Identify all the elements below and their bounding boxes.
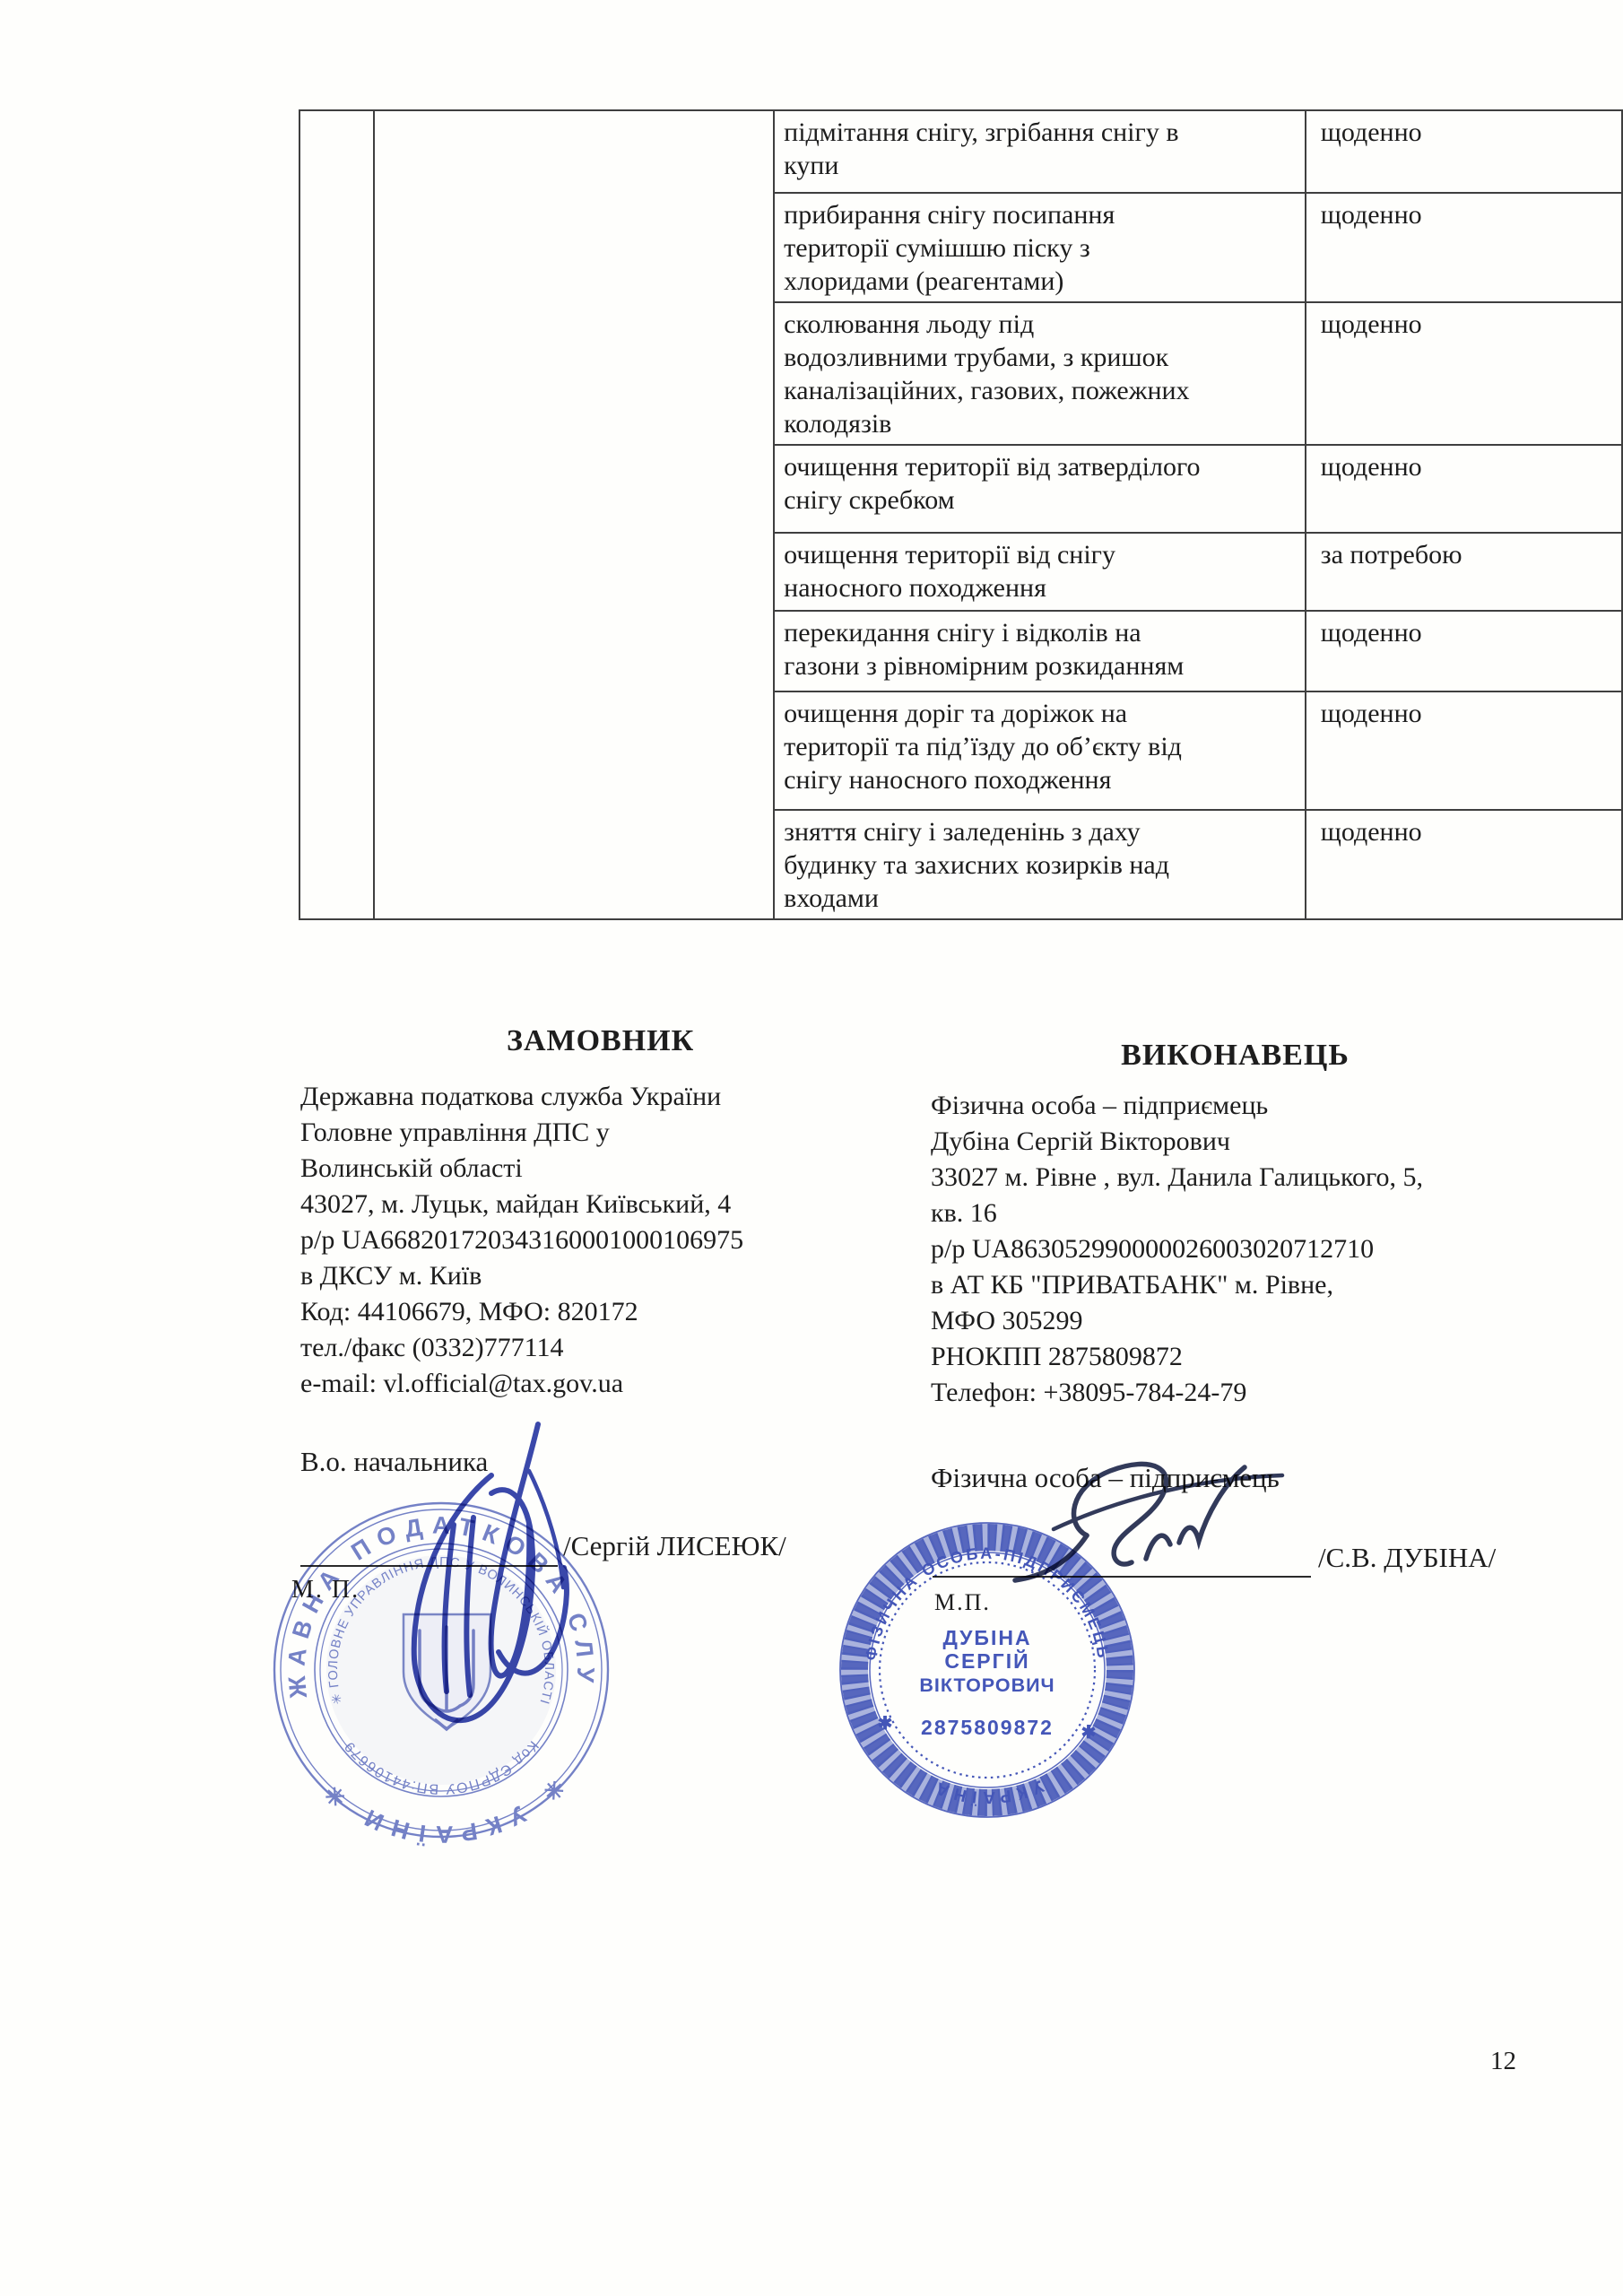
task-cell: прибирання снігу посипання території сум… (774, 193, 1306, 302)
requisite-line: Головне управління ДПС у (300, 1115, 838, 1151)
customer-heading: ЗАМОВНИК (507, 1024, 690, 1058)
task-cell: очищення території від затверділого сніг… (774, 445, 1306, 533)
work-table-body: підмітання снігу, згрібання снігу в купи… (299, 110, 1622, 919)
requisite-line: в АТ КБ "ПРИВАТБАНК" м. Рівне, (931, 1267, 1558, 1303)
stamp-star-left-icon: ✱ (878, 1714, 893, 1734)
stamp-star-right-icon: ✱ (1081, 1723, 1097, 1743)
contractor-signature-scribble-icon (1004, 1460, 1300, 1639)
contractor-heading: ВИКОНАВЕЦЬ (1116, 1039, 1354, 1073)
table-row: підмітання снігу, згрібання снігу в купи… (299, 110, 1622, 193)
frequency-cell: щоденно (1306, 110, 1622, 193)
requisite-line: Дубіна Сергій Вікторович (931, 1124, 1558, 1160)
customer-signature-scribble-icon (368, 1417, 601, 1758)
requisite-line: 43027, м. Луцьк, майдан Київський, 4 (300, 1187, 838, 1222)
maintenance-work-table: підмітання снігу, згрібання снігу в купи… (299, 109, 1623, 920)
stamp-name-line: ВІКТОРОВИЧ (919, 1674, 1055, 1696)
requisite-line: Волинській області (300, 1151, 838, 1187)
frequency-cell: щоденно (1306, 445, 1622, 533)
requisite-line: e-mail: vl.official@tax.gov.ua (300, 1366, 838, 1402)
contractor-requisites: Фізична особа – підприємецьДубіна Сергій… (931, 1088, 1558, 1411)
task-cell: зняття снігу і заледенінь з даху будинку… (774, 810, 1306, 919)
requisite-line: Державна податкова служба України (300, 1079, 838, 1115)
requisite-line: в ДКСУ м. Київ (300, 1258, 838, 1294)
stamp-tax-number: 2875809872 (921, 1716, 1054, 1739)
stamp-name-line: СЕРГІЙ (944, 1648, 1029, 1673)
empty-continuation-cell (374, 110, 774, 919)
frequency-cell: щоденно (1306, 611, 1622, 691)
task-cell: очищення території від снігу наносного п… (774, 533, 1306, 611)
requisite-line: 33027 м. Рівне , вул. Данила Галицького,… (931, 1160, 1558, 1196)
frequency-cell: щоденно (1306, 810, 1622, 919)
requisite-line: РНОКПП 2875809872 (931, 1339, 1558, 1375)
contractor-signatory-name: /С.В. ДУБІНА/ (1318, 1542, 1496, 1574)
frequency-cell: щоденно (1306, 691, 1622, 810)
requisite-line: Код: 44106679, МФО: 820172 (300, 1294, 838, 1330)
task-cell: сколювання льоду під водозливними трубам… (774, 302, 1306, 445)
frequency-cell: щоденно (1306, 302, 1622, 445)
requisite-line: МФО 305299 (931, 1303, 1558, 1339)
requisite-line: Фізична особа – підприємець (931, 1088, 1558, 1124)
requisite-line: р/р UA863052990000026003020712710 (931, 1231, 1558, 1267)
requisite-line: Телефон: +38095-784-24-79 (931, 1375, 1558, 1411)
frequency-cell: щоденно (1306, 193, 1622, 302)
task-cell: перекидання снігу і відколів на газони з… (774, 611, 1306, 691)
empty-continuation-cell (299, 110, 374, 919)
requisite-line: р/р UA668201720343160001000106975 (300, 1222, 838, 1258)
requisite-line: кв. 16 (931, 1196, 1558, 1231)
task-cell: підмітання снігу, згрібання снігу в купи (774, 110, 1306, 193)
frequency-cell: за потребою (1306, 533, 1622, 611)
customer-requisites: Державна податкова служба УкраїниГоловне… (300, 1079, 838, 1402)
page-number: 12 (1490, 2047, 1516, 2076)
task-cell: очищення доріг та доріжок на території т… (774, 691, 1306, 810)
scanned-contract-page: підмітання снігу, згрібання снігу в купи… (0, 0, 1623, 2296)
requisite-line: тел./факс (0332)777114 (300, 1330, 838, 1366)
